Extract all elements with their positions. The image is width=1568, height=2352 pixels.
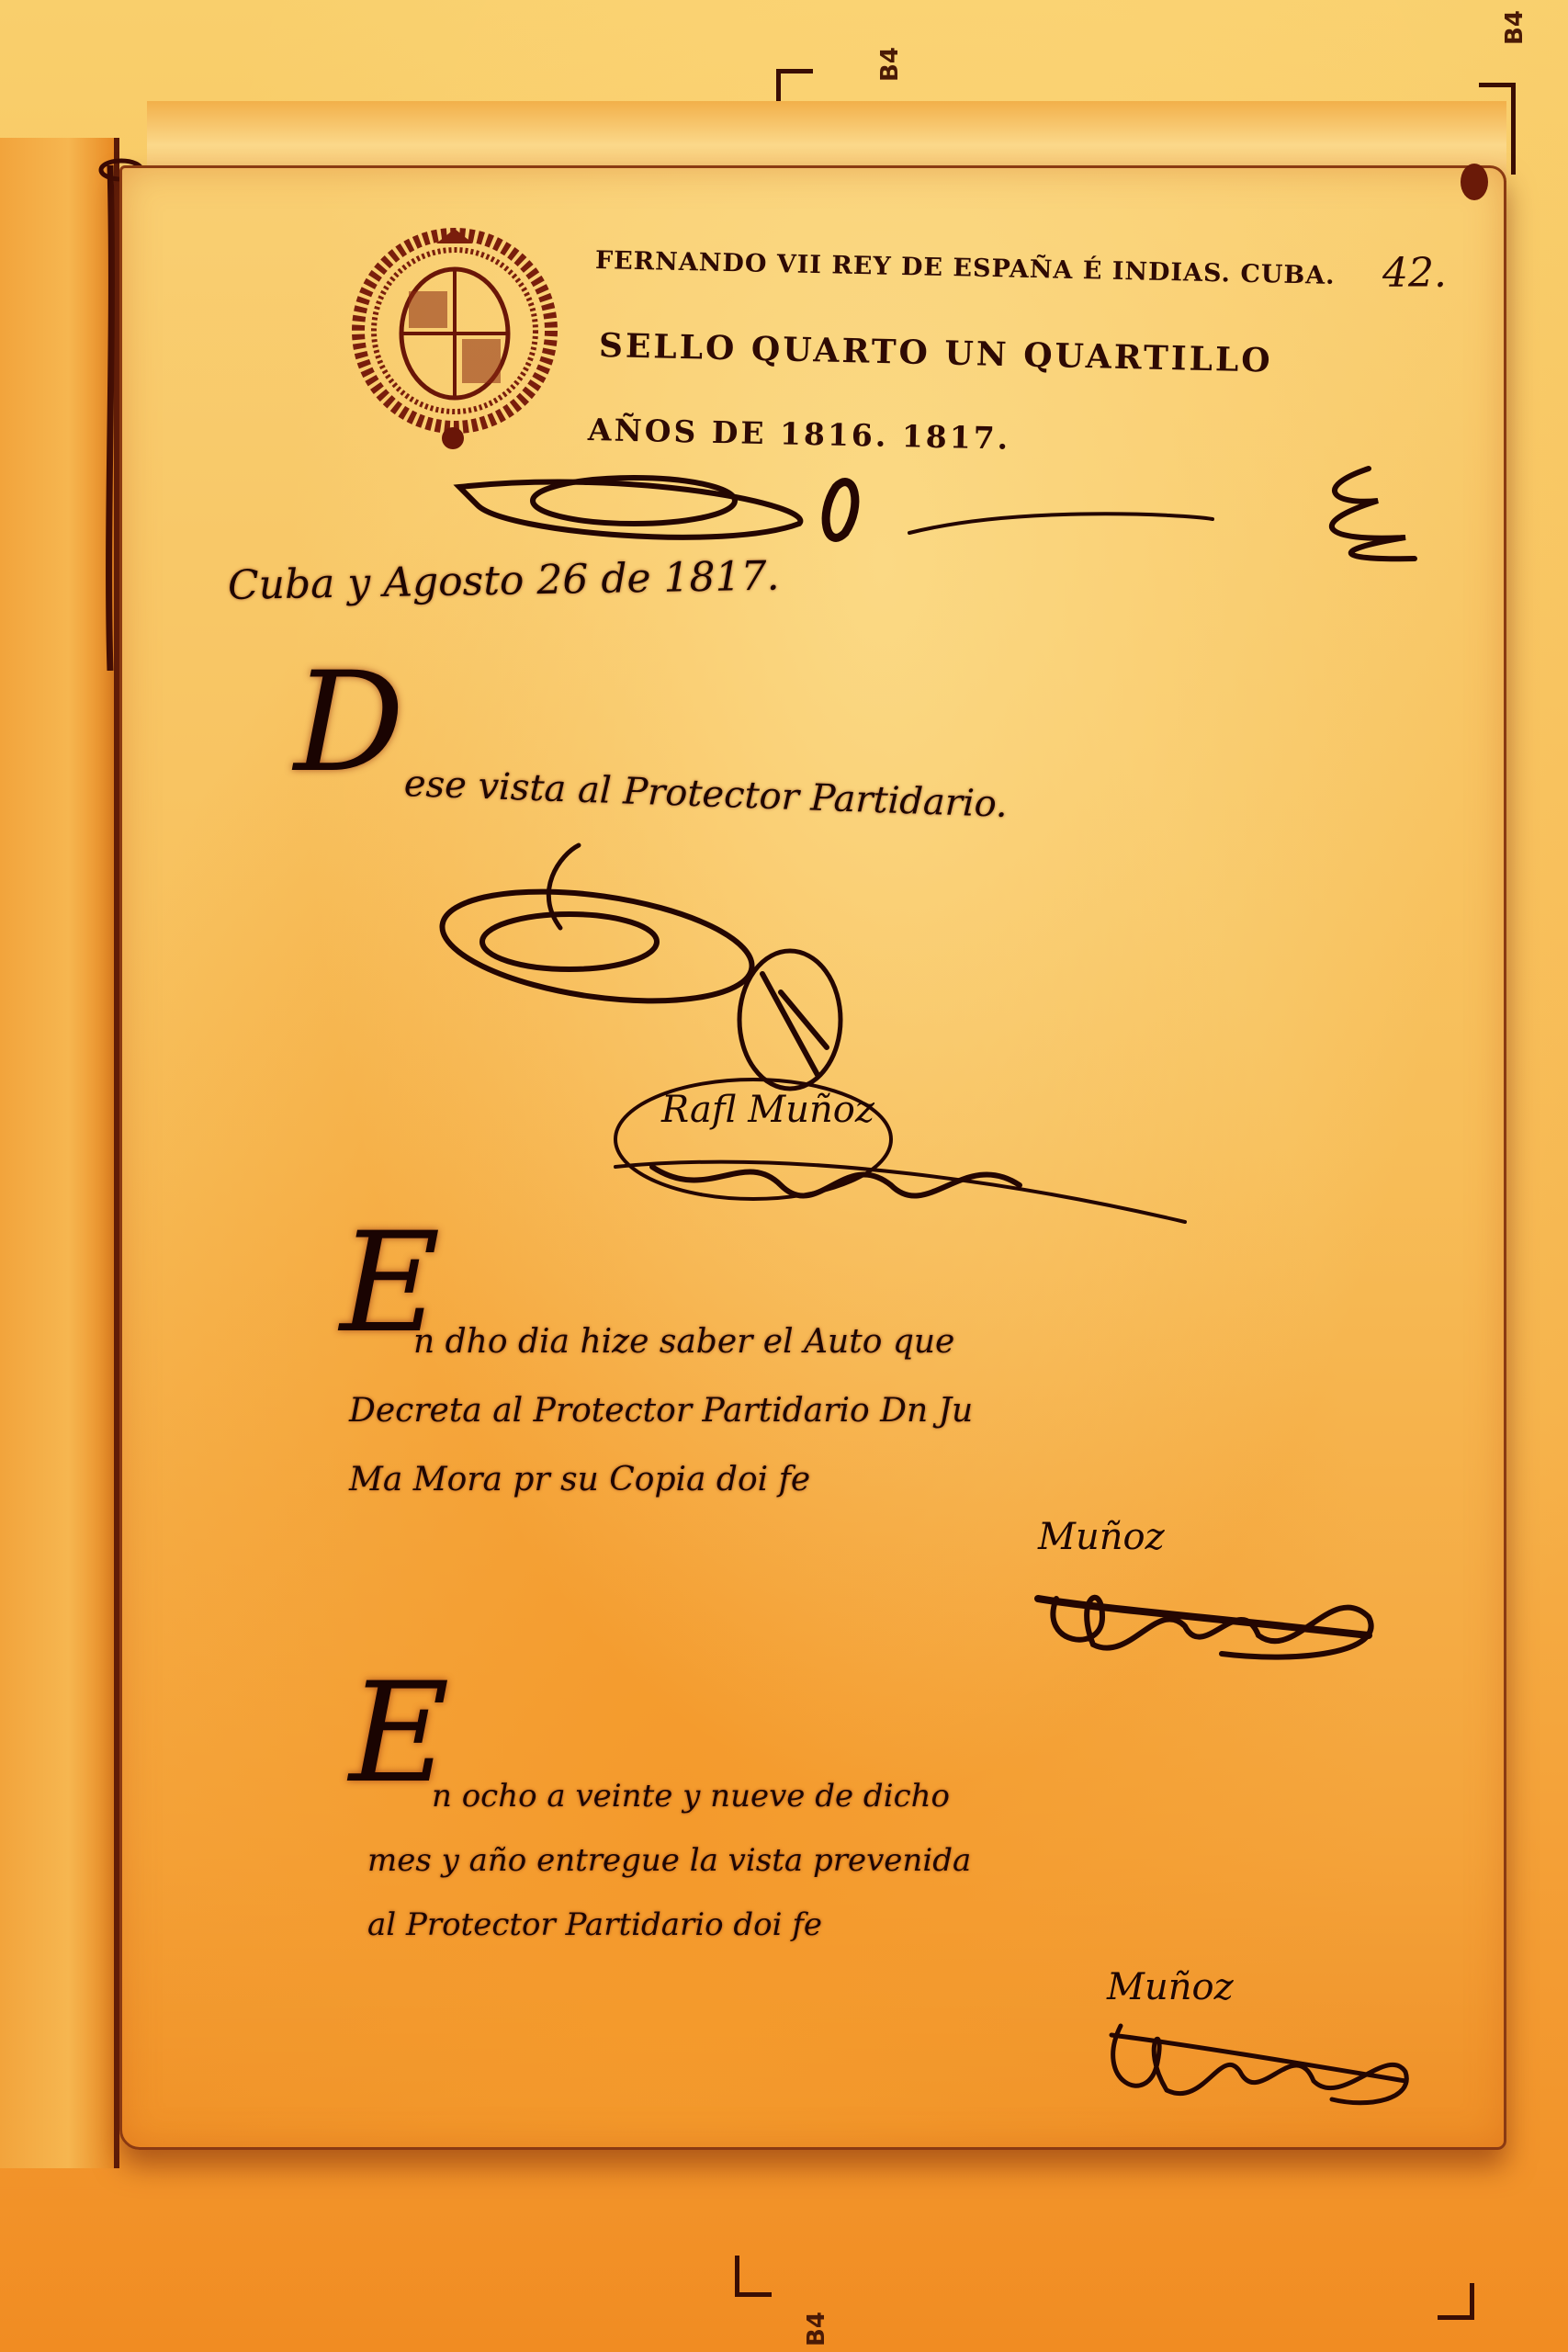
folio-number: 42. bbox=[1382, 250, 1447, 297]
crop-label-bottom-left: B4 bbox=[803, 2312, 830, 2346]
signature-munoz-2: Muñoz bbox=[1038, 1516, 1165, 1558]
crop-mark-bottom-left bbox=[735, 2256, 772, 2297]
date-line: Cuba y Agosto 26 de 1817. bbox=[228, 553, 780, 609]
decree-initial: D bbox=[294, 643, 404, 803]
royal-seal-icon bbox=[344, 225, 570, 455]
signature-rubric-icon bbox=[1020, 1562, 1387, 1663]
signature-munoz-3: Muñoz bbox=[1107, 1966, 1234, 2008]
paragraph3-line2: mes y año entregue la vista prevenida bbox=[367, 1842, 971, 1879]
signature-rubric-icon bbox=[1093, 2007, 1424, 2109]
punch-hole bbox=[1461, 164, 1488, 200]
signature-rubric-icon bbox=[432, 836, 1213, 1222]
crop-label-top-left: B4 bbox=[876, 47, 904, 82]
rubric-flourish-icon bbox=[450, 450, 1415, 570]
paragraph2-line3: Ma Mora pr su Copia doi fe bbox=[349, 1461, 810, 1498]
crop-label-top-right: B4 bbox=[1501, 10, 1529, 45]
paragraph2-line1: n dho dia hize saber el Auto que bbox=[413, 1323, 954, 1361]
paragraph2-line2: Decreta al Protector Partidario Dn Ju bbox=[349, 1392, 973, 1430]
paragraph3-line3: al Protector Partidario doi fe bbox=[367, 1906, 822, 1943]
crop-mark-bottom-right bbox=[1438, 2283, 1474, 2320]
paragraph3-line1: n ocho a veinte y nueve de dicho bbox=[432, 1778, 950, 1815]
signature-rafl-munoz: Rafl Muñoz bbox=[661, 1089, 874, 1131]
